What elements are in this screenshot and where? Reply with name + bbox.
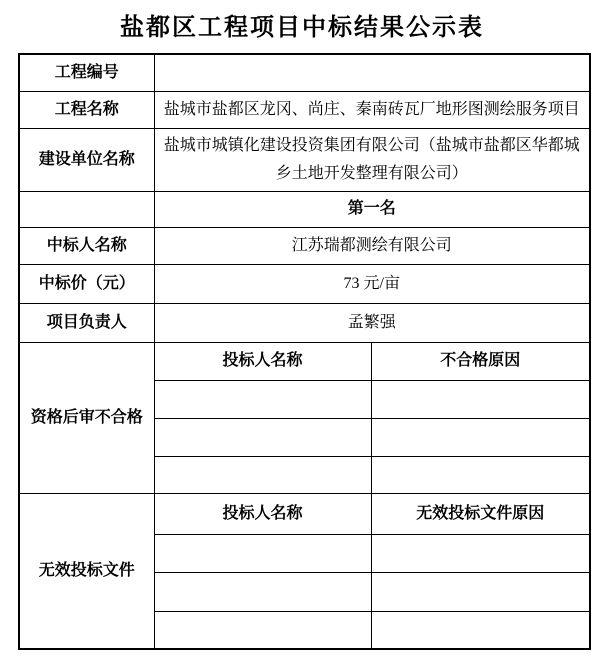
table-row: 工程编号	[19, 54, 590, 91]
table-row: 建设单位名称 盐城市城镇化建设投资集团有限公司（盐城市盐都区华都城乡土地开发整理…	[19, 128, 590, 191]
project-manager-label: 项目负责人	[19, 303, 154, 342]
first-place-header: 第一名	[154, 191, 590, 227]
winner-name-label: 中标人名称	[19, 227, 154, 264]
qual-bidder-name-header: 投标人名称	[154, 342, 371, 380]
table-row: 中标价（元） 73 元/亩	[19, 264, 590, 303]
table-row: 无效投标文件 投标人名称 无效投标文件原因	[19, 493, 590, 534]
table-row: 资格后审不合格 投标人名称 不合格原因	[19, 342, 590, 380]
project-number-value	[154, 54, 590, 91]
invalid-row-bidder-cell	[154, 534, 371, 572]
project-name-label: 工程名称	[19, 91, 154, 128]
invalid-docs-label: 无效投标文件	[19, 493, 154, 649]
page: 盐都区工程项目中标结果公示表 工程编号 工程名称 盐城市盐都区龙冈、尚庄、秦南砖…	[0, 0, 604, 659]
winner-name-value: 江苏瑞都测绘有限公司	[154, 227, 590, 264]
qual-row-bidder-cell	[154, 456, 371, 493]
qual-row-reason-cell	[371, 418, 590, 456]
table-row: 工程名称 盐城市盐都区龙冈、尚庄、秦南砖瓦厂地形图测绘服务项目	[19, 91, 590, 128]
project-name-value: 盐城市盐都区龙冈、尚庄、秦南砖瓦厂地形图测绘服务项目	[154, 91, 590, 128]
construction-unit-value: 盐城市城镇化建设投资集团有限公司（盐城市盐都区华都城乡土地开发整理有限公司）	[154, 128, 590, 191]
qual-fail-reason-header: 不合格原因	[371, 342, 590, 380]
project-number-label: 工程编号	[19, 54, 154, 91]
invalid-row-reason-cell	[371, 611, 590, 649]
invalid-row-reason-cell	[371, 534, 590, 572]
invalid-row-bidder-cell	[154, 611, 371, 649]
bid-result-table: 工程编号 工程名称 盐城市盐都区龙冈、尚庄、秦南砖瓦厂地形图测绘服务项目 建设单…	[18, 53, 591, 650]
invalid-reason-header: 无效投标文件原因	[371, 493, 590, 534]
qual-row-bidder-cell	[154, 418, 371, 456]
bid-price-label: 中标价（元）	[19, 264, 154, 303]
page-title: 盐都区工程项目中标结果公示表	[0, 0, 604, 53]
qual-row-reason-cell	[371, 380, 590, 418]
table-row: 项目负责人 孟繁强	[19, 303, 590, 342]
invalid-row-bidder-cell	[154, 572, 371, 611]
construction-unit-label: 建设单位名称	[19, 128, 154, 191]
invalid-bidder-name-header: 投标人名称	[154, 493, 371, 534]
invalid-row-reason-cell	[371, 572, 590, 611]
qual-row-reason-cell	[371, 456, 590, 493]
bid-price-value: 73 元/亩	[154, 264, 590, 303]
table-row: 中标人名称 江苏瑞都测绘有限公司	[19, 227, 590, 264]
rank-empty-label	[19, 191, 154, 227]
qual-row-bidder-cell	[154, 380, 371, 418]
qualification-failed-label: 资格后审不合格	[19, 342, 154, 493]
table-row: 第一名	[19, 191, 590, 227]
project-manager-value: 孟繁强	[154, 303, 590, 342]
